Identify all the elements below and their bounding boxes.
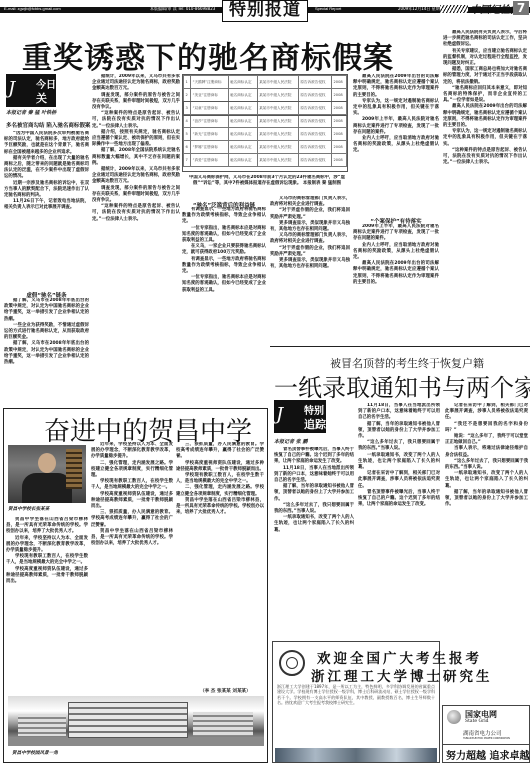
column-logo-today-focus: J 今日 关注 — [6, 74, 56, 107]
paragraph: 据了解，义乌市在2008年年底出台的政策中规定，对认定为中国驰名商标的企业给予重… — [4, 298, 89, 323]
paragraph: 记者在采访中了解到，相关部门已对此事展开调查，涉事人员将被依法追究责任。 — [445, 403, 528, 422]
state-grid-name-en: State Grid — [465, 719, 489, 724]
column-logo-line2: 追踪 — [304, 416, 326, 432]
table-cell: 原告诉被告侵权 — [298, 89, 331, 102]
paragraph: “这么多年过去了，我只想要回属于我的东西。”当事人说。 — [274, 503, 354, 515]
masthead-date: 2009年12月14日 星期一 — [398, 6, 444, 12]
section-title: 特别报道 — [222, 0, 308, 22]
paragraph: “这么多年过去了，我只想要回属于我的东西。”当事人说。 — [445, 459, 528, 471]
paragraph: 据统计，2009年以来，义乌市共有多家企业通过司法途径认定为驰名商标，政府奖励金… — [92, 167, 180, 186]
paragraph: 最高人民法院有关负责人表示，今后将进一步规范驰名商标的司法认定工作，坚决杜绝虚假… — [443, 30, 527, 49]
zjut-emblem-inner — [286, 657, 298, 669]
lead-column-1b: 据了解，义乌市在2008年年底出台的政策中规定，对认定为中国驰名商标的企业给予重… — [4, 298, 89, 394]
paragraph: 2009年上半年，最高人民法院对驰名商标认定案件进行了专项检查，发现了一批存在问… — [353, 224, 439, 243]
paragraph: 据统计，2009年以来，义乌市共有多家企业通过司法途径认定为驰名商标，政府奖励金… — [92, 74, 180, 93]
column-logo-line2: 关注 — [36, 90, 56, 122]
state-grid-globe-icon — [447, 710, 461, 724]
campus-photo — [8, 696, 264, 746]
table-cell: “双童”注册商标 — [191, 102, 228, 115]
ad-state-grid[interactable]: 国家电网 State Grid 湖南省电力公司 HUNAN ELECTRIC P… — [442, 705, 530, 763]
table-cell: 驰名商标认定 — [228, 89, 257, 102]
table-cell: 驰名商标认定 — [228, 76, 257, 89]
paragraph: 一纸录取通知书，改变了两个人的人生轨迹，也让两个家庭陷入了长久的纠葛。 — [445, 471, 528, 490]
page-number: 7 — [513, 1, 529, 15]
paragraph: 据悉，国家工商总局也将加大对驰名商标的管理力度，对于通过不正当手段获取认定的，将… — [443, 67, 527, 86]
paragraph: 记者在采访中了解到，相关部门已对此事展开调查，涉事人员将被依法追究责任。 — [358, 471, 440, 490]
paragraph: 冒名顶替事件被曝光后，当事人终于恢复了自己的户籍。这个迟到了多年的结果，让两个家… — [358, 490, 440, 509]
paragraph: 据有关学者介绍，在出现了大量的驰名商标之后，随之带来的问题就是驰名商标司法认定的… — [4, 156, 89, 181]
paragraph: 据了解，当年的录取通知书被他人冒领，顶替者以她的身份上了大学并参加工作。 — [274, 484, 354, 503]
table-cell: 2008 — [332, 128, 347, 141]
paragraph: 更多调查显示，类似现象并非义乌独有，其他地方也存在相同问题。 — [270, 258, 350, 270]
table-cell: 某某市中级人民法院 — [257, 115, 298, 128]
zjut-emblem-icon — [279, 650, 305, 676]
ad-body: 浙江理工大学创建于1897年，是一所以工为主，特色鲜明，多学科协调发展的省属重点… — [277, 684, 435, 746]
paragraph: 11月18日，当事人在当地派出所领到了新的户口本，这意味着她终于可以用自己的名字… — [358, 403, 440, 422]
table-row: 6“梦娜”注册商标驰名商标认定某某市中级人民法院原告诉被告侵权2008 — [184, 141, 347, 154]
table-cell: 5 — [184, 128, 191, 141]
paragraph: 业内人士呼吁，应当取消地方政府对驰名商标的奖励政策，从源头上杜绝虚假认定。 — [353, 243, 439, 262]
table-cell: 原告诉被告侵权 — [298, 76, 331, 89]
paragraph: 一位专家指出，驰名商标本应是对商标知名度的客观确认，但如今已经变成了企业获取利益… — [182, 275, 266, 294]
paragraph: 近年来，学校坚持以人为本、全面发展的办学理念，不断深化教育教学改革，办学质量稳步… — [91, 442, 173, 461]
table-cell: 2008 — [332, 154, 347, 167]
paragraph: 据了解，义乌市在2008年年底出台的政策中规定，对认定为中国驰名商标的企业给予重… — [4, 341, 89, 366]
paragraph: “这种案件的特点是原告起诉、被告认可，法院在没有实质对抗的情况下作出认定。”一位… — [443, 148, 527, 167]
table-cell: 驰名商标认定 — [228, 141, 257, 154]
paragraph: 贺昌中学坐落在山西省吕梁市柳林县，是一所具有光荣革命传统的学校。学校创办以来，培… — [91, 529, 173, 548]
paragraph: 学校现有教职工数百人，在校学生数千人，是当地规模最大的完全中学之一。 — [6, 554, 88, 566]
table-cell: “真爱”注册商标 — [191, 154, 228, 167]
state-grid-company: 湖南省电力公司 — [463, 729, 502, 737]
paragraph: 一些企业为获得奖励，不惜通过虚假诉讼的方式进行驰名商标认定，从而获取政府的巨额奖… — [4, 323, 89, 342]
table-cell: “天鹅牌”注册商标 — [191, 76, 228, 89]
campus-right-building — [193, 712, 253, 736]
paragraph: 据了解，当年的录取通知书被他人冒领，顶替者以她的身份上了大学并参加工作。 — [445, 490, 528, 509]
table-cell: 驰名商标认定 — [228, 102, 257, 115]
paragraph: 有调查显示，一些地方政府将驰名商标数量作为政绩考核指标，导致企业争相认定。 — [182, 207, 266, 226]
decorative-stripes-icon — [440, 5, 468, 13]
paragraph: 最高人民法院在2009年出台的司法解释中明确规定，驰名商标认定应遵循个案认定原则… — [353, 261, 439, 286]
lead-column-3: 有调查显示，一些地方政府将驰名商标数量作为政绩考核指标，导致企业争相认定。 一位… — [182, 207, 266, 343]
paragraph: 贺昌中学坐落在山西省吕梁市柳林县，是一所具有光荣革命传统的学校。学校创办以来，培… — [6, 517, 88, 536]
principal-face — [38, 453, 56, 473]
campus-photo-caption: 贺昌中学校园风景一角 — [12, 750, 58, 756]
paragraph: 学校高度重视师资队伍建设，通过多种途径提高教师素质，一批骨干教师脱颖而出。 — [176, 461, 264, 473]
masthead-editor-info: 本版编辑/审 读 Tel: 010-86698823 — [150, 6, 215, 12]
paragraph: 专家认为，这一规定对遏制驰名商标认定中的乱象具有积极作用，但关键在于落实。 — [443, 129, 527, 148]
paragraph: 学校现有教职工数百人，在校学生数千人，是当地规模最大的完全中学之一。 — [176, 473, 264, 485]
lead-column-2: 据统计，2009年以来，义乌市共有多家企业通过司法途径认定为驰名商标，政府奖励金… — [92, 74, 180, 394]
school-column-1: 贺昌中学坐落在山西省吕梁市柳林县，是一所具有光荣革命传统的学校。学校创办以来，培… — [6, 517, 88, 677]
table-cell: 某某市中级人民法院 — [257, 76, 298, 89]
paragraph: 调查发现，部分案件的原告与被告之间存在关联关系，案件审理时间极短，双方几乎没有争… — [92, 186, 180, 205]
column-logo-script-icon: J — [8, 78, 15, 99]
state-grid-slogan: 努力超越 追求卓越 — [446, 747, 529, 762]
table-cell: 某某市中级人民法院 — [257, 89, 298, 102]
table-cell: 1 — [184, 76, 191, 89]
identity-column-1: 冒名顶替事件被曝光后，当事人终于恢复了自己的户籍。这个迟到了多年的结果，让两个家… — [274, 447, 354, 617]
column-logo-line1: 特别 — [304, 402, 324, 417]
table-row: 7“真爱”注册商标驰名商标认定某某市中级人民法院原告诉被告侵权2008 — [184, 154, 347, 167]
campus-left-building — [18, 714, 66, 736]
paragraph: 有关专家建议，应当建立驰名商标认定的监督机制，对认定过程进行全程监控，发现问题及… — [443, 49, 527, 68]
paragraph: 一位专家指出，驰名商标本应是对商标知名度的客观确认，但如今已经变成了企业获取利益… — [182, 226, 266, 245]
paragraph: “这么多年过去了，我只想要回属于我的东西。”当事人说。 — [358, 440, 440, 452]
paragraph: “我还不是想要回我的名字和身份吗？” — [445, 422, 528, 434]
paragraph: “驰名商标应回归其本来意义，即对知名商标的特殊保护，而非企业宣传的工具。”一位学… — [443, 86, 527, 105]
principal-photo-caption: 贺昌中学校长张某某 — [8, 506, 49, 512]
paragraph: “对于弄虚作假的企业，我们将追回奖励并严肃处理。” — [270, 208, 350, 220]
column-logo-line1: 今日 — [36, 76, 56, 91]
paragraph: 三、狠抓质量，办人民满意的教育。学校高考成绩连年攀升，赢得了社会的广泛赞誉。 — [176, 442, 264, 461]
table-row: 4“浪莎”注册商标驰名商标认定某某市中级人民法院原告诉被告侵权2008 — [184, 115, 347, 128]
paragraph: 三、狠抓质量，办人民满意的教育。学校高考成绩连年攀升，赢得了社会的广泛赞誉。 — [91, 510, 173, 529]
table-cell: 原告诉被告侵权 — [298, 154, 331, 167]
paragraph: 当事人表示，将通过法律途径维护自身合法权益。 — [445, 446, 528, 458]
paragraph: 二、强化管理，走内涵发展之路。学校建立健全各项规章制度，实行精细化管理。 — [91, 461, 173, 480]
table-cell: 2008 — [332, 102, 347, 115]
table-cell: 某某市中级人民法院 — [257, 154, 298, 167]
paragraph: 冒名顶替事件被曝光后，当事人终于恢复了自己的户籍。这个迟到了多年的结果，让两个家… — [274, 447, 354, 466]
table-row: 3“双童”注册商标驰名商标认定某某市中级人民法院原告诉被告侵权2008 — [184, 102, 347, 115]
table-cell: 驰名商标认定 — [228, 128, 257, 141]
table-cell: 6 — [184, 141, 191, 154]
table-cell: 原告诉被告侵权 — [298, 102, 331, 115]
paragraph: 据介绍，按照有关规定，驰名商标认定应当遵循个案认定、被动保护的原则，但在实际操作… — [92, 130, 180, 149]
paragraph: 一纸录取通知书，改变了两个人的人生轨迹，也让两个家庭陷入了长久的纠葛。 — [358, 453, 440, 472]
bookshelf — [66, 449, 82, 489]
campus-ground — [8, 738, 264, 746]
ad-title-line1: 欢迎全国广大考生报考 — [317, 647, 482, 667]
brand-table: 1“天鹅牌”注册商标驰名商标认定某某市中级人民法院原告诉被告侵权2008 2“美… — [183, 75, 347, 167]
table-cell: 2008 — [332, 89, 347, 102]
paragraph: 学校高度重视师资队伍建设，通过多种途径提高教师素质，一批骨干教师脱颖而出。 — [6, 567, 88, 586]
paragraph: 义乌市的商标管理部门负责人表示，政府将对相关企业进行调查。 — [270, 196, 350, 208]
paragraph: 学校现有教职工数百人，在校学生数千人，是当地规模最大的完全中学之一。 — [91, 479, 173, 491]
identity-headline: 一纸录取通知书与两个家庭的命运 — [274, 368, 530, 403]
table-cell: 2008 — [332, 115, 347, 128]
paragraph: 据了解，当年的录取通知书被他人冒领，顶替者以她的身份上了大学并参加工作。 — [358, 422, 440, 441]
table-cell: 2008 — [332, 141, 347, 154]
lead-column-5b: 2009年上半年，最高人民法院对驰名商标认定案件进行了专项检查，发现了一批存在问… — [353, 224, 439, 344]
paragraph: 更多调查显示，类似现象并非义乌独有，其他地方也存在相同问题。 — [270, 221, 350, 233]
ad-title-line2: 浙江理工大学博士研究生 — [311, 665, 493, 685]
table-cell: 2008 — [332, 76, 347, 89]
paragraph: 专家认为，这一规定对遏制驰名商标认定中的乱象具有积极作用，但关键在于落实。 — [353, 99, 439, 118]
principal-photo — [8, 445, 86, 503]
lead-column-5: 最高人民法院在2009年出台的司法解释中明确规定，驰名商标认定应遵循个案认定原则… — [353, 74, 439, 212]
school-column-2: 近年来，学校坚持以人为本、全面发展的办学理念，不断深化教育教学改革，办学质量稳步… — [91, 442, 173, 677]
table-row: 5“新光”注册商标驰名商标认定某某市中级人民法院原告诉被告侵权2008 — [184, 128, 347, 141]
paragraph: 业内人士呼吁，应当取消地方政府对驰名商标的奖励政策，从源头上杜绝虚假认定。 — [353, 136, 439, 155]
school-column-3: 三、狠抓质量，办人民满意的教育。学校高考成绩连年攀升，赢得了社会的广泛赞誉。 学… — [176, 442, 264, 667]
column-logo-script-icon: J — [276, 404, 283, 425]
paragraph: 11月26日下午，记者致电当地法院，相关负责人表示已对此事展开调查。 — [4, 199, 89, 211]
state-grid-company-en: HUNAN ELECTRIC POWER CORPORATION — [463, 737, 510, 740]
lead-column-6: 最高人民法院有关负责人表示，今后将进一步规范驰名商标的司法认定工作，坚决杜绝虚假… — [443, 30, 527, 344]
paragraph: “因为中国人民法院多次审判被驰名商标的司法认定，驰名商标多，地方政府就给予巨额奖… — [4, 131, 89, 156]
table-cell: 2 — [184, 89, 191, 102]
identity-column-2: 11月18日，当事人在当地派出所领到了新的户口本，这意味着她终于可以用自己的名字… — [358, 403, 440, 617]
lead-column-4: 义乌市的商标管理部门负责人表示，政府将对相关企业进行调查。 “对于弄虚作假的企业… — [270, 196, 350, 343]
table-cell: 驰名商标认定 — [228, 154, 257, 167]
table-cell: 驰名商标认定 — [228, 115, 257, 128]
paragraph: 近期一宗涉及驰名商标的诉讼中，在双方当事人的默契配合下，法院迅速作出了认定驰名商… — [4, 181, 89, 200]
paragraph: 最高人民法院在2009年出台的司法解释中明确规定，驰名商标认定应遵循个案认定原则… — [353, 74, 439, 99]
masthead-email: E-mail: zgwjb@fcbbs.gmail.com — [4, 6, 61, 11]
table-cell: 原告诉被告侵权 — [298, 115, 331, 128]
paragraph: 义乌市的商标管理部门负责人表示，政府将对相关企业进行调查。 — [270, 233, 350, 245]
table-cell: “梦娜”注册商标 — [191, 141, 228, 154]
paragraph: 她说：“这么多年了，我终于可以堂堂正正地做回自己。” — [445, 434, 528, 446]
column-logo-special-tracking: J 特别 追踪 — [274, 400, 326, 433]
paragraph: “这种案件的特点是原告起诉、被告认可，法院在没有实质对抗的情况下作出认定。”一位… — [92, 111, 180, 130]
school-author: （李 杰 张某某 刘某某） — [200, 688, 251, 694]
paragraph: 据了解，2008年全国法院系统认定驰名商标数量大幅增长，其中不乏存在问题的案例。 — [92, 148, 180, 167]
table-cell: 某某市中级人民法院 — [257, 141, 298, 154]
table-cell: 7 — [184, 154, 191, 167]
ad-zjut[interactable]: 欢迎全国广大考生报考 浙江理工大学博士研究生 浙江理工大学创建于1897年，是一… — [272, 641, 440, 763]
paragraph: 一纸录取通知书，改变了两个人的人生轨迹，也让两个家庭陷入了长久的纠葛。 — [274, 515, 354, 534]
lead-byline: 本报记者 秦 猛 叶铁桥 — [6, 109, 91, 116]
brand-table-frame: 1“天鹅牌”注册商标驰名商标认定某某市中级人民法院原告诉被告侵权2008 2“美… — [182, 74, 348, 172]
paragraph: 在义乌，一家企业只要获得驰名商标认定，就可获得政府100万元奖励。 — [182, 244, 266, 256]
table-cell: 3 — [184, 102, 191, 115]
table-cell: 某某市中级人民法院 — [257, 102, 298, 115]
lead-deck: 多名被官商勾结 陷入驰名商标假案 — [6, 121, 91, 129]
paragraph: “这种案件的特点是原告起诉、被告认可，法院在没有实质对抗的情况下作出认定。”一位… — [92, 204, 180, 223]
table-cell: 某某市中级人民法院 — [257, 128, 298, 141]
table-cell: “美亚”注册商标 — [191, 89, 228, 102]
table-row: 2“美亚”注册商标驰名商标认定某某市中级人民法院原告诉被告侵权2008 — [184, 89, 347, 102]
table-cell: “新光”注册商标 — [191, 128, 228, 141]
campus-main-building — [68, 702, 188, 738]
principal-body — [22, 473, 72, 503]
table-cell: “浪莎”注册商标 — [191, 115, 228, 128]
table-cell: 原告诉被告侵权 — [298, 141, 331, 154]
paragraph: 学校高度重视师资队伍建设，通过多种途径提高教师素质，一批骨干教师脱颖而出。 — [91, 492, 173, 511]
paragraph: 二、强化管理，走内涵发展之路。学校建立健全各项规章制度，实行精细化管理。 — [176, 485, 264, 497]
masthead-section-en: Special Report — [315, 6, 341, 11]
table-cell: 原告诉被告侵权 — [298, 128, 331, 141]
table-row: 1“天鹅牌”注册商标驰名商标认定某某市中级人民法院原告诉被告侵权2008 — [184, 76, 347, 89]
divider — [443, 744, 530, 745]
paragraph: 有调查显示，一些地方政府将驰名商标数量作为政绩考核指标，导致企业争相认定。 — [182, 257, 266, 276]
paragraph: “对于弄虚作假的企业，我们将追回奖励并严肃处理。” — [270, 246, 350, 258]
paragraph: 2009年上半年，最高人民法院对驰名商标认定案件进行了专项检查，发现了一批存在问… — [353, 117, 439, 136]
ad-campus-banner — [275, 748, 437, 762]
lead-column-1: “因为中国人民法院多次审判被驰名商标的司法认定，驰名商标多，地方政府就给予巨额奖… — [4, 131, 89, 287]
paragraph: 最高人民法院在2009年出台的司法解释中明确规定，驰名商标认定应遵循个案认定原则… — [443, 104, 527, 129]
table-cell: 4 — [184, 115, 191, 128]
paragraph: 近年来，学校坚持以人为本、全面发展的办学理念，不断深化教育教学改革，办学质量稳步… — [6, 536, 88, 555]
divider — [270, 346, 530, 347]
paragraph: 调查发现，部分案件的原告与被告之间存在关联关系，案件审理时间极短，双方几乎没有争… — [92, 93, 180, 112]
paragraph: 贺昌中学坐落在山西省吕梁市柳林县，是一所具有光荣革命传统的学校。学校创办以来，培… — [176, 498, 264, 517]
identity-byline: 本报记者 张 鹏 — [274, 438, 354, 445]
lead-headline: 重奖诱惑下的驰名商标假案 — [22, 33, 394, 77]
table-caption: 中国义乌商标保护网，义乌市在2008年前3个月认定的23件驰名商标中，涉“虚假”… — [184, 175, 350, 189]
paragraph: 11月18日，当事人在当地派出所领到了新的户口本，这意味着她终于可以用自己的名字… — [274, 466, 354, 485]
